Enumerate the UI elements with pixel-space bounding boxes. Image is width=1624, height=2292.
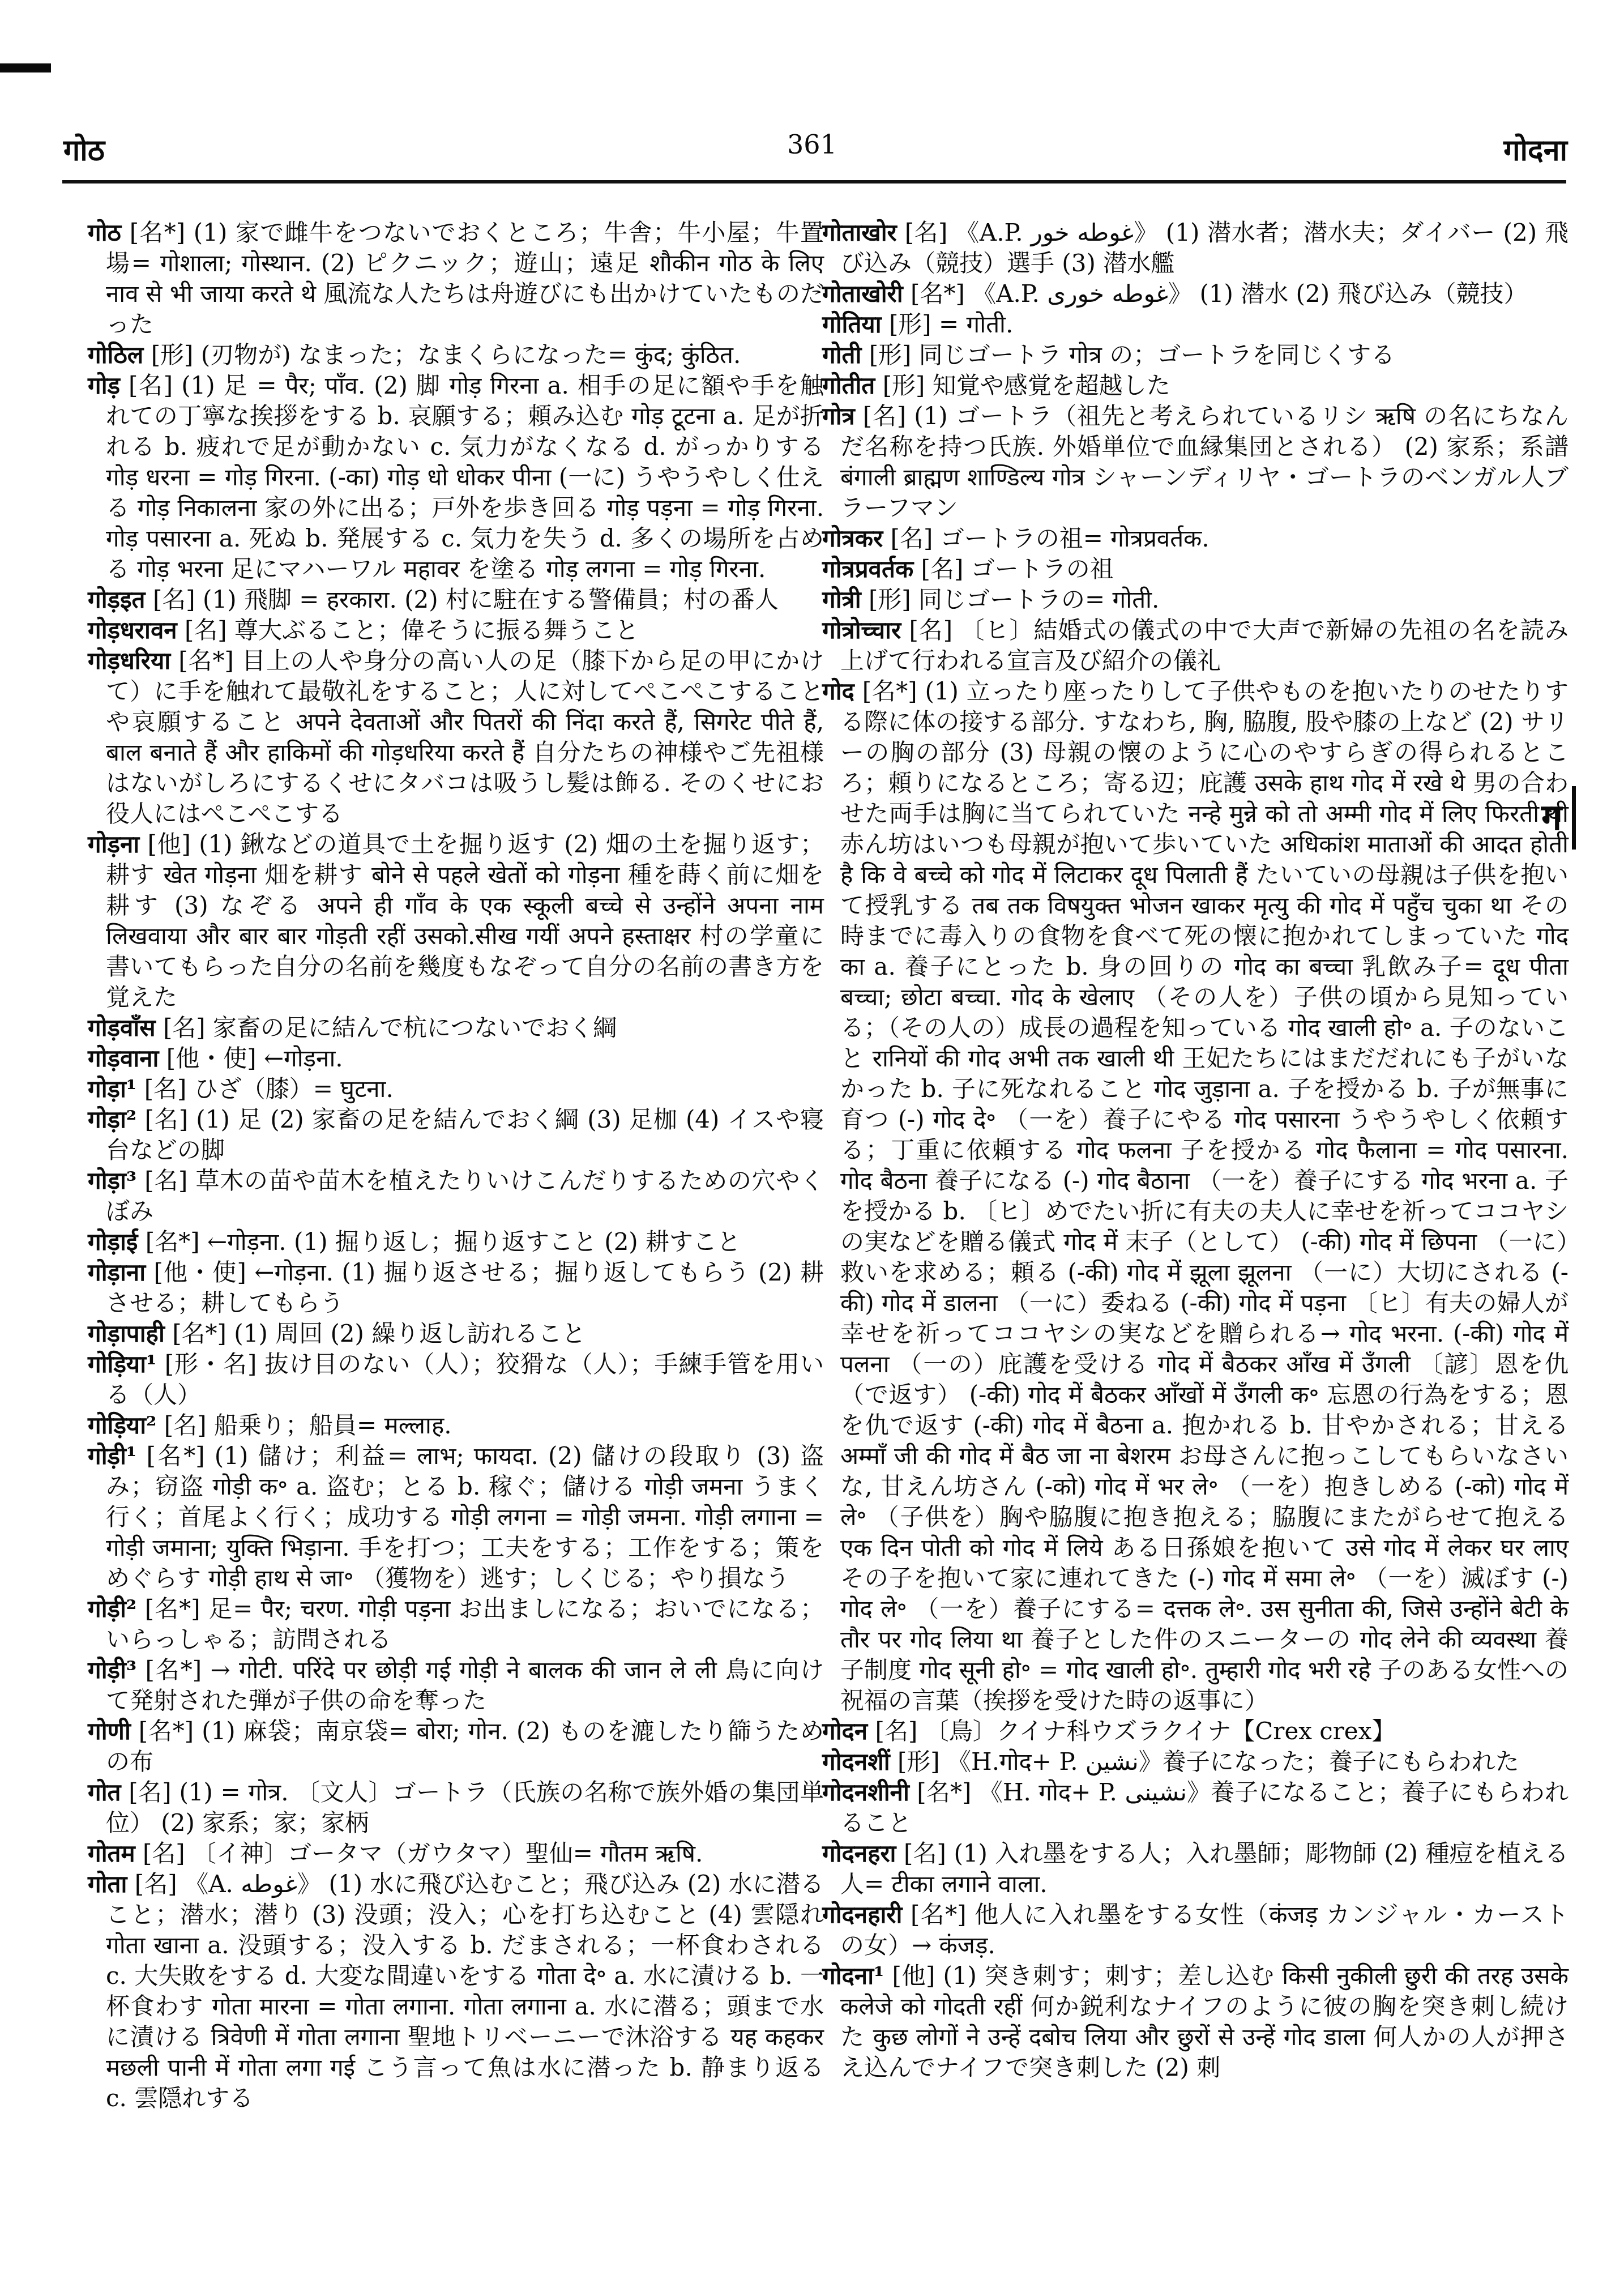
dictionary-entry: गोठिल [形] (刃物が) なまった；なまくらになった= कुंद; कुं… bbox=[88, 340, 824, 370]
dictionary-entry: गोतीत [形] 知覚や感覚を超越した bbox=[822, 370, 1569, 401]
dictionary-entry: गोड़ा² [名] (1) 足 (2) 家畜の足を結んでおく綱 (3) 足枷 … bbox=[88, 1104, 824, 1166]
entry-pos: [形] bbox=[861, 341, 918, 369]
dictionary-entry: गोड़ना [他] (1) 鍬などの道具で土を掘り返す (2) 畑の土を掘り返… bbox=[88, 829, 824, 1013]
entry-headword: गोदनशीं bbox=[822, 1748, 890, 1775]
entry-pos: [名] bbox=[867, 1717, 925, 1745]
entry-headword: गोत्री bbox=[822, 586, 861, 613]
dictionary-entry: गोताखोर [名] 《A.P. غوطه خور》 (1) 潜水者；潜水夫；… bbox=[822, 217, 1569, 279]
dictionary-entry: गोड़वाँस [名] 家畜の足に結んで杭につないでおく綱 bbox=[88, 1013, 824, 1043]
entry-headword: गोड़िया¹ bbox=[88, 1350, 157, 1378]
dictionary-entry: गोड़िया¹ [形・名] 抜け目のない（人）；狡猾な（人）；手練手管を用いる… bbox=[88, 1349, 824, 1410]
entry-headword: गोत्रप्रवर्तक bbox=[822, 555, 913, 583]
entry-headword: गोड़िया² bbox=[88, 1411, 157, 1439]
entry-body: 同じゴートラの= गोती. bbox=[918, 586, 1159, 613]
entry-pos: [他] bbox=[884, 1962, 943, 1990]
entry-headword: गोतम bbox=[88, 1839, 135, 1867]
entry-headword: गोताखोरी bbox=[822, 280, 903, 308]
entry-headword: गोड़ा¹ bbox=[88, 1075, 136, 1103]
thumb-index-letter: ग bbox=[1541, 800, 1562, 836]
dictionary-entry: गोड़ापाही [名*] (1) 周回 (2) 繰り返し訪れること bbox=[88, 1318, 824, 1349]
entry-pos: [形] bbox=[882, 310, 939, 338]
entry-pos: [名*] bbox=[136, 1442, 215, 1470]
dictionary-entry: गोदनशीनी [名*] 《H. गोद+ P. نشينى》養子になること；… bbox=[822, 1777, 1569, 1838]
dictionary-entry: गोती [形] 同じゴートラ गोत्र の；ゴートラを同じくする bbox=[822, 340, 1569, 370]
entry-headword: गोड़ा³ bbox=[88, 1167, 136, 1194]
entry-pos: [名] bbox=[901, 616, 960, 644]
entry-headword: गोणी bbox=[88, 1717, 131, 1745]
entry-pos: [名*] bbox=[903, 280, 972, 308]
dictionary-entry: गोड़ [名] (1) 足 = पैर; पाँव. (2) 脚 गोड़ ग… bbox=[88, 370, 824, 584]
dictionary-entry: गोड़धरिया [名*] 目上の人や身分の高い人の足（膝下から足の甲にかけて… bbox=[88, 646, 824, 829]
entry-headword: गोदनशीनी bbox=[822, 1778, 909, 1806]
dictionary-entry: गोत [名] (1) = गोत्र. 〔文人〕ゴートラ（氏族の名称で族外婚の… bbox=[88, 1777, 824, 1838]
entry-pos: [名*] bbox=[165, 1320, 234, 1347]
entry-pos: [名*] bbox=[854, 677, 925, 705]
entry-pos: [形] bbox=[861, 586, 918, 613]
entry-pos: [名*] bbox=[909, 1778, 979, 1806]
entry-body: ゴートラの祖 bbox=[971, 555, 1114, 583]
thumb-index: ग bbox=[1541, 786, 1576, 850]
entry-body: 〔鳥〕クイナ科ウズラクイナ【Crex crex】 bbox=[925, 1717, 1396, 1745]
dictionary-entry: गोत्री [形] 同じゴートラの= गोती. bbox=[822, 584, 1569, 615]
entry-headword: गोड़धरावन bbox=[88, 616, 177, 644]
entry-pos: [名*] bbox=[138, 1228, 207, 1256]
entry-body: ゴートラの祖= गोत्रप्रवर्तक. bbox=[941, 524, 1210, 552]
entry-pos: [名] bbox=[136, 1106, 196, 1133]
entry-headword: गोती bbox=[822, 341, 861, 369]
entry-pos: [形・名] bbox=[157, 1350, 265, 1378]
entry-body: → गोटी. परिंदे पर छोड़ी गई गोड़ी ने बालक… bbox=[106, 1656, 824, 1714]
entry-headword: गोत्र bbox=[822, 402, 855, 430]
entry-pos: [形] bbox=[143, 341, 200, 369]
dictionary-entry: गोड़ा³ [名] 草木の苗や苗木を植えたりいけこんだりするための穴やくぼみ bbox=[88, 1166, 824, 1227]
thumb-index-bar bbox=[1572, 786, 1576, 850]
dictionary-entry: गोड़ाई [名*] ←गोड़ना. (1) 掘り返し；掘り返すこと (2)… bbox=[88, 1227, 824, 1257]
entry-pos: [名] bbox=[157, 1411, 214, 1439]
dictionary-entry: गोदना¹ [他] (1) 突き刺す；刺す；差し込む किसी नुकीली … bbox=[822, 1961, 1569, 2083]
entry-pos: [名] bbox=[120, 372, 181, 399]
dictionary-entry: गोदनहरा [名] (1) 入れ墨をする人；入れ墨師；彫物師 (2) 種痘を… bbox=[822, 1838, 1569, 1900]
entry-headword: गोतीत bbox=[822, 372, 875, 399]
entry-body: 家畜の足に結んで杭につないでおく綱 bbox=[213, 1014, 617, 1042]
entry-pos: [名] bbox=[897, 219, 956, 246]
entry-body: 《A. غوطه》 (1) 水に飛び込むこと；飛び込み (2) 水に潜ること；潜… bbox=[106, 1870, 824, 2112]
entry-body: (1) 麻袋；南京袋= बोरा; गोन. (2) ものを漉したり篩うための布 bbox=[106, 1717, 824, 1775]
entry-pos: [名] bbox=[855, 402, 914, 430]
dictionary-entry: गोद [名*] (1) 立ったり座ったりして子供やものを抱いたりのせたりする際… bbox=[822, 676, 1569, 1716]
entry-pos: [名] bbox=[135, 1839, 193, 1867]
entry-body: 〔イ神〕ゴータマ（ガウタマ）聖仙= गौतम ऋषि. bbox=[193, 1839, 703, 1867]
header-rule bbox=[62, 180, 1566, 183]
dictionary-entry: गोड़ा¹ [名] ひざ（膝）= घुटना. bbox=[88, 1074, 824, 1104]
entry-body: (1) 鍬などの道具で土を掘り返す (2) 畑の土を掘り返す；耕す खेत गो… bbox=[106, 830, 824, 1011]
dictionary-entry: गोदनहारी [名*] 他人に入れ墨をする女性（कंजड़ カンジャル・カー… bbox=[822, 1900, 1569, 1961]
entry-headword: गोत्रोच्चार bbox=[822, 616, 901, 644]
entry-headword: गोताखोर bbox=[822, 219, 897, 246]
entry-body: (刃物が) なまった；なまくらになった= कुंद; कुंठित. bbox=[201, 341, 741, 369]
entry-headword: गोत्रकर bbox=[822, 524, 883, 552]
entry-headword: गोठिल bbox=[88, 341, 143, 369]
entry-headword: गोतिया bbox=[822, 310, 882, 338]
entry-body: (1) ゴートラ（祖先と考えられているリシ ऋषि の名にちなんだ名称を持つ氏族… bbox=[840, 402, 1569, 522]
entry-headword: गोड़ी² bbox=[88, 1595, 136, 1623]
entry-headword: गोड़इत bbox=[88, 586, 146, 613]
entry-headword: गोता bbox=[88, 1870, 127, 1898]
entry-headword: गोड़ी¹ bbox=[88, 1442, 136, 1470]
entry-headword: गोड़ा² bbox=[88, 1106, 136, 1133]
entry-pos: [形] bbox=[890, 1748, 947, 1775]
entry-pos: [他・使] bbox=[159, 1044, 263, 1072]
entry-body: (1) 足 = पैर; पाँव. (2) 脚 गोड़ गिरना a. 相… bbox=[106, 372, 824, 583]
entry-body: 尊大ぶること；偉そうに振る舞うこと bbox=[234, 616, 639, 644]
entry-body: (1) 周回 (2) 繰り返し訪れること bbox=[234, 1320, 586, 1347]
dictionary-entry: गोड़इत [名] (1) 飛脚 = हरकारा. (2) 村に駐在する警備… bbox=[88, 584, 824, 615]
entry-pos: [他・使] bbox=[146, 1258, 254, 1286]
dictionary-entry: गोतम [名] 〔イ神〕ゴータマ（ガウタマ）聖仙= गौतम ऋषि. bbox=[88, 1838, 824, 1869]
entry-pos: [名] bbox=[146, 586, 203, 613]
dictionary-entry: गोतिया [形] = गोती. bbox=[822, 309, 1569, 340]
column-left: गोठ [名*] (1) 家で雌牛をつないでおくところ；牛舎；牛小屋；牛置場= … bbox=[88, 217, 824, 2114]
entry-body: 知覚や感覚を超越した bbox=[933, 372, 1170, 399]
entry-body: 《A.P. غوطه خورى》 (1) 潜水 (2) 飛び込み（競技） bbox=[972, 280, 1527, 308]
dictionary-entry: गोठ [名*] (1) 家で雌牛をつないでおくところ；牛舎；牛小屋；牛置場= … bbox=[88, 217, 824, 340]
dictionary-entry: गोड़ी² [名*] 足= पैर; चरण. गोड़ी पड़ना お出ま… bbox=[88, 1594, 824, 1655]
dictionary-entry: गोड़ी¹ [名*] (1) 儲け；利益= लाभ; फायदा. (2) 儲… bbox=[88, 1441, 824, 1594]
dictionary-entry: गोड़वाना [他・使] ←गोड़ना. bbox=[88, 1043, 824, 1074]
entry-pos: [名*] bbox=[170, 647, 242, 675]
entry-pos: [名] bbox=[136, 1075, 194, 1103]
entry-headword: गोड़ी³ bbox=[88, 1656, 136, 1684]
dictionary-entry: गोड़ी³ [名*] → गोटी. परिंदे पर छोड़ी गई ग… bbox=[88, 1655, 824, 1716]
entry-body: ←गोड़ना. bbox=[264, 1044, 343, 1072]
dictionary-entry: गोताखोरी [名*] 《A.P. غوطه خورى》 (1) 潜水 (2… bbox=[822, 279, 1569, 309]
entry-pos: [名*] bbox=[121, 219, 194, 246]
entry-body: 《H.गोद+ P. نشين》養子になった；養子にもらわれた bbox=[947, 1748, 1519, 1775]
entry-headword: गोड़ bbox=[88, 372, 120, 399]
dictionary-entry: गोणी [名*] (1) 麻袋；南京袋= बोरा; गोन. (2) ものを… bbox=[88, 1716, 824, 1777]
entry-headword: गोड़ाई bbox=[88, 1228, 138, 1256]
dictionary-entry: गोड़िया² [名] 船乗り；船員= मल्लाह. bbox=[88, 1410, 824, 1441]
dictionary-entry: गोड़ाना [他・使] ←गोड़ना. (1) 掘り返させる；掘り返しても… bbox=[88, 1257, 824, 1318]
entry-headword: गोदन bbox=[822, 1717, 867, 1745]
entry-headword: गोड़ापाही bbox=[88, 1320, 165, 1347]
dictionary-entry: गोत्रप्रवर्तक [名] ゴートラの祖 bbox=[822, 554, 1569, 584]
dictionary-entry: गोत्रकर [名] ゴートラの祖= गोत्रप्रवर्तक. bbox=[822, 523, 1569, 554]
header-guide-word-right: गोदना bbox=[1503, 129, 1567, 169]
entry-pos: [名*] bbox=[902, 1901, 975, 1928]
entry-headword: गोड़वाँस bbox=[88, 1014, 156, 1042]
entry-body: (1) = गोत्र. 〔文人〕ゴートラ（氏族の名称で族外婚の集団単位） (2… bbox=[106, 1778, 824, 1837]
entry-pos: [形] bbox=[875, 372, 932, 399]
page-number: 361 bbox=[0, 129, 1624, 160]
scan-artifact-mark bbox=[0, 63, 51, 72]
entry-pos: [名*] bbox=[136, 1595, 208, 1623]
entry-body: (1) 突き刺す；刺す；差し込む किसी नुकीली छुरी की तरह… bbox=[840, 1962, 1569, 2081]
entry-body: ひざ（膝）= घुटना. bbox=[194, 1075, 394, 1103]
entry-headword: गोठ bbox=[88, 219, 121, 246]
entry-body: (1) 家で雌牛をつないでおくところ；牛舎；牛小屋；牛置場= गोशाला; ग… bbox=[106, 219, 824, 338]
entry-body: = गोती. bbox=[939, 310, 1013, 338]
entry-headword: गोत bbox=[88, 1778, 121, 1806]
entry-body: ←गोड़ना. (1) 掘り返し；掘り返すこと (2) 耕すこと bbox=[207, 1228, 741, 1256]
entry-pos: [名] bbox=[127, 1870, 185, 1898]
entry-headword: गोद bbox=[822, 677, 854, 705]
entry-body: 船乗り；船員= मल्लाह. bbox=[214, 1411, 452, 1439]
entry-pos: [名] bbox=[896, 1839, 954, 1867]
entry-body: 草木の苗や苗木を植えたりいけこんだりするための穴やくぼみ bbox=[106, 1167, 824, 1225]
entry-headword: गोड़वाना bbox=[88, 1044, 159, 1072]
entry-headword: गोदना¹ bbox=[822, 1962, 884, 1990]
entry-pos: [名] bbox=[177, 616, 234, 644]
entry-body: (1) 立ったり座ったりして子供やものを抱いたりのせたりする際に体の接する部分.… bbox=[840, 677, 1569, 1714]
entry-headword: गोदनहारी bbox=[822, 1901, 902, 1928]
entry-pos: [名] bbox=[121, 1778, 179, 1806]
dictionary-entry: गोड़धरावन [名] 尊大ぶること；偉そうに振る舞うこと bbox=[88, 615, 824, 646]
entry-headword: गोड़धरिया bbox=[88, 647, 170, 675]
entry-pos: [名*] bbox=[136, 1656, 210, 1684]
dictionary-entry: गोदनशीं [形] 《H.गोद+ P. نشين》養子になった；養子にもら… bbox=[822, 1747, 1569, 1777]
entry-pos: [名] bbox=[156, 1014, 213, 1042]
dictionary-entry: गोदन [名] 〔鳥〕クイナ科ウズラクイナ【Crex crex】 bbox=[822, 1716, 1569, 1747]
entry-headword: गोड़ना bbox=[88, 830, 139, 858]
dictionary-page: गोठ 361 गोदना गोठ [名*] (1) 家で雌牛をつないでおくとこ… bbox=[0, 0, 1624, 2292]
entry-body: 同じゴートラ गोत्र の；ゴートラを同じくする bbox=[919, 341, 1395, 369]
entry-pos: [名*] bbox=[131, 1717, 202, 1745]
entry-pos: [名] bbox=[883, 524, 940, 552]
entry-body: (1) 足 (2) 家畜の足を結んでおく綱 (3) 足枷 (4) イスや寝台など… bbox=[106, 1106, 824, 1164]
column-right: गोताखोर [名] 《A.P. غوطه خور》 (1) 潜水者；潜水夫；… bbox=[822, 217, 1569, 2083]
dictionary-entry: गोता [名] 《A. غوطه》 (1) 水に飛び込むこと；飛び込み (2)… bbox=[88, 1869, 824, 2114]
entry-headword: गोदनहरा bbox=[822, 1839, 896, 1867]
dictionary-entry: गोत्रोच्चार [名] 〔ヒ〕結婚式の儀式の中で大声で新婦の先祖の名を読… bbox=[822, 615, 1569, 676]
entry-pos: [名] bbox=[913, 555, 971, 583]
entry-body: 足= पैर; चरण. गोड़ी पड़ना お出ましになる；おいでになる；… bbox=[106, 1595, 824, 1653]
entry-pos: [他] bbox=[139, 830, 199, 858]
entry-body: (1) 飛脚 = हरकारा. (2) 村に駐在する警備員；村の番人 bbox=[203, 586, 779, 613]
entry-headword: गोड़ाना bbox=[88, 1258, 146, 1286]
entry-pos: [名] bbox=[136, 1167, 195, 1194]
dictionary-entry: गोत्र [名] (1) ゴートラ（祖先と考えられているリシ ऋषि の名にち… bbox=[822, 401, 1569, 523]
